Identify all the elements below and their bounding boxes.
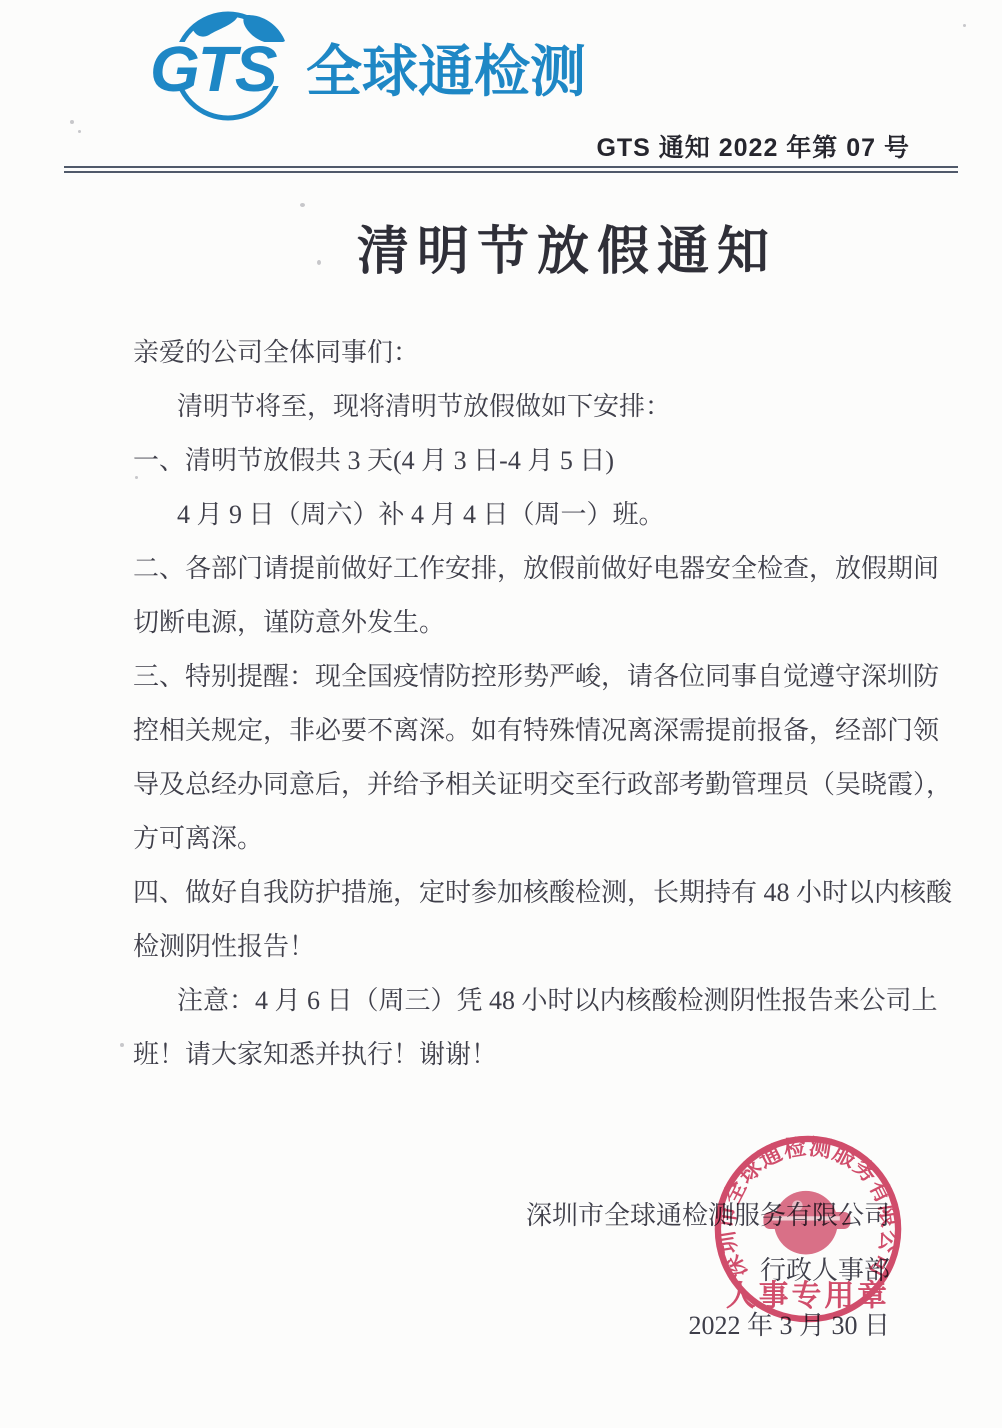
- body-line: 班！请大家知悉并执行！谢谢！: [133, 1028, 923, 1082]
- body-text: 亲爱的公司全体同事们：清明节将至，现将清明节放假做如下安排：一、清明节放假共 3…: [133, 326, 923, 1082]
- body-line: 导及总经办同意后，并给予相关证明交至行政部考勤管理员（吴晓霞），: [133, 758, 923, 812]
- body-line: 二、各部门请提前做好工作安排，放假前做好电器安全检查，放假期间: [133, 542, 923, 596]
- body-line: 注意：4 月 6 日（周三）凭 48 小时以内核酸检测阴性报告来公司上: [133, 974, 923, 1028]
- scan-speck: [300, 203, 305, 207]
- scan-speck: [135, 476, 138, 479]
- logo-company-text: 全球通检测: [306, 40, 586, 103]
- page-title: 清明节放假通知: [357, 209, 777, 284]
- gts-logo: GTS 全球通检测: [148, 8, 608, 123]
- body-line: 四、做好自我防护措施，定时参加核酸检测，长期持有 48 小时以内核酸: [133, 866, 923, 920]
- header-divider: [64, 166, 958, 173]
- body-line: 清明节将至，现将清明节放假做如下安排：: [133, 380, 923, 434]
- scan-speck: [78, 130, 81, 133]
- body-line: 控相关规定，非必要不离深。如有特殊情况离深需提前报备，经部门领: [133, 704, 923, 758]
- body-line: 三、特别提醒：现全国疫情防控形势严峻，请各位同事自觉遵守深圳防: [133, 650, 923, 704]
- seal-emblem-icon: [763, 1191, 850, 1255]
- body-line: 检测阴性报告！: [133, 920, 923, 974]
- notice-number: GTS 通知 2022 年第 07 号: [596, 128, 910, 164]
- scan-speck: [120, 1043, 124, 1047]
- scan-speck: [70, 120, 74, 124]
- scanned-notice-page: GTS 全球通检测 GTS 通知 2022 年第 07 号 清明节放假通知 亲爱…: [0, 0, 1002, 1428]
- company-seal: 深圳市全球通检测服务有限公司 人事专用章: [702, 1123, 914, 1335]
- logo-gts-text: GTS: [150, 33, 278, 105]
- body-line: 一、清明节放假共 3 天(4 月 3 日-4 月 5 日): [133, 434, 923, 488]
- scan-speck: [963, 24, 966, 27]
- body-line: 切断电源，谨防意外发生。: [133, 596, 923, 650]
- body-line: 亲爱的公司全体同事们：: [133, 326, 923, 380]
- body-line: 方可离深。: [133, 812, 923, 866]
- scan-speck: [317, 260, 321, 265]
- body-line: 4 月 9 日（周六）补 4 月 4 日（周一）班。: [133, 488, 923, 542]
- seal-bottom-text: 人事专用章: [726, 1278, 890, 1312]
